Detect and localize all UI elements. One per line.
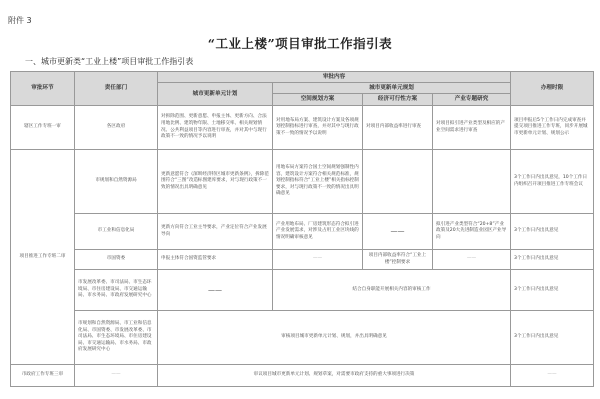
table-row: 市政府工作专班三审 —— 审议项目城市更新单元计划、规划草案，对需要市政府支持的…	[11, 365, 594, 387]
industry-cell	[433, 150, 511, 214]
department-cell: 市国资委	[75, 250, 158, 270]
header-department: 责任部门	[75, 72, 158, 106]
department-cell: 市规划和自然资源局、市工业和信息化局、市国资委、市发展改革委、市司法局、市生态环…	[75, 311, 158, 365]
header-content-group: 审批内容	[158, 72, 511, 83]
industry-cell: ——	[433, 250, 511, 270]
table-row: 市国资委 申报主体符合国资监管要求 —— 项目内部收益率符合“工业上楼”控制要求…	[11, 250, 594, 270]
spatial-cell: 产业用地布局、厂房建筑形态符合拟引进产业发展需求，对涉及占用工业区块线的情况明确…	[273, 214, 363, 250]
spatial-cell: ——	[273, 250, 363, 270]
stage-cell: 市政府工作专班三审	[11, 365, 75, 387]
header-spatial: 空间规划方案	[273, 94, 363, 106]
table-row: 辖区工作专班一审 各区政府 对拆除范围、更新意愿、申报主体、更新方向、合法用地比…	[11, 106, 594, 150]
section-title: 一、城市更新类“工业上楼”项目审批工作指引表	[25, 56, 193, 67]
header-unit-plan: 城市更新单元计划	[158, 83, 273, 106]
stage-cell: 辖区工作专班一审	[11, 106, 75, 150]
time-limit-cell: 3个工作日内出具意见	[511, 311, 594, 365]
header-economic: 经济可行性方案	[363, 94, 433, 106]
table-row: 市规划和自然资源局、市工业和信息化局、市国资委、市发展改革委、市司法局、市生态环…	[11, 311, 594, 365]
industry-cell: 拟引进产业类型符合“20+8”产业政策及20大先进制造业园区产业导向	[433, 214, 511, 250]
header-time-limit: 办理时限	[511, 72, 594, 106]
unit-plan-cell: 更新方向符合工业主导要求，产业定位符合产业发展导向	[158, 214, 273, 250]
table-row: 市工业和信息化局 更新方向符合工业主导要求，产业定位符合产业发展导向 产业用地布…	[11, 214, 594, 250]
merged-content-cell: 审议项目城市更新单元计划、规划草案，对需要市政府支持的重大事项进行决策	[158, 365, 511, 387]
department-cell: 市发展改革委、市司法局、市生态环境局、市住房建设局、市交通运输局、市水务局、市政…	[75, 270, 158, 311]
time-limit-cell: 3个工作日内出具意见	[511, 214, 594, 250]
document-title: “工业上楼”项目审批工作指引表	[0, 34, 600, 52]
header-stage: 审批环节	[11, 72, 75, 106]
economic-cell: 对项目内部收益率进行审查	[363, 106, 433, 150]
time-limit-cell: 3个工作日内出具意见	[511, 270, 594, 311]
industry-cell: 对项目拟引进产业类型及相应的产业空间需求进行审查	[433, 106, 511, 150]
time-limit-cell: ——	[511, 365, 594, 387]
unit-plan-cell: 申报主体符合国资监管要求	[158, 250, 273, 270]
department-cell: 市规划和自然资源局	[75, 150, 158, 214]
merged-content-cell: 结合自身职能开展相关内容的审核工作	[273, 270, 511, 311]
merged-content-cell: 审核项目城市更新单元计划、规划，并出具明确意见	[158, 311, 511, 365]
economic-cell	[363, 150, 433, 214]
stage-cell: 项目推进工作专班二审	[11, 150, 75, 365]
unit-plan-cell: 对拆除范围、更新意愿、申报主体、更新方向、合法用地比例、建筑物年限、土地移交率、…	[158, 106, 273, 150]
spatial-cell: 用地布局方案符合国土空间规划强制性内容，建筑设计方案符合相关规范标准，规划控制指…	[273, 150, 363, 214]
table-row: 项目推进工作专班二审 市规划和自然资源局 更新意愿符合《深圳经济特区城市更新条例…	[11, 150, 594, 214]
time-limit-cell: 3个工作日内出具意见，10个工作日内组织召开项目推进工作专班会议	[511, 150, 594, 214]
header-unit-planning: 城市更新单元规划	[273, 83, 511, 94]
unit-plan-cell: ——	[158, 270, 273, 311]
attachment-label: 附件 3	[8, 15, 32, 26]
economic-cell: ——	[363, 214, 433, 250]
economic-cell: 项目内部收益率符合“工业上楼”控制要求	[363, 250, 433, 270]
approval-guide-table: 审批环节 责任部门 审批内容 办理时限 城市更新单元计划 城市更新单元规划 空间…	[10, 71, 594, 387]
department-cell: ——	[75, 365, 158, 387]
spatial-cell: 对用地布局方案、建筑设计方案及各项规划控制指标进行审查，并对其中与现行政策不一致…	[273, 106, 363, 150]
time-limit-cell: 3个工作日内出具意见	[511, 250, 594, 270]
time-limit-cell: 项目申报后5个工作日内完成审查并提交项目推进工作专班，同步开展城市更新单元计划、…	[511, 106, 594, 150]
unit-plan-cell: 更新意愿符合《深圳经济特区城市更新条例》，拆除范围符合“三图”改造标图建库要求，…	[158, 150, 273, 214]
header-industry: 产业专题研究	[433, 94, 511, 106]
department-cell: 市工业和信息化局	[75, 214, 158, 250]
department-cell: 各区政府	[75, 106, 158, 150]
table-row: 市发展改革委、市司法局、市生态环境局、市住房建设局、市交通运输局、市水务局、市政…	[11, 270, 594, 311]
